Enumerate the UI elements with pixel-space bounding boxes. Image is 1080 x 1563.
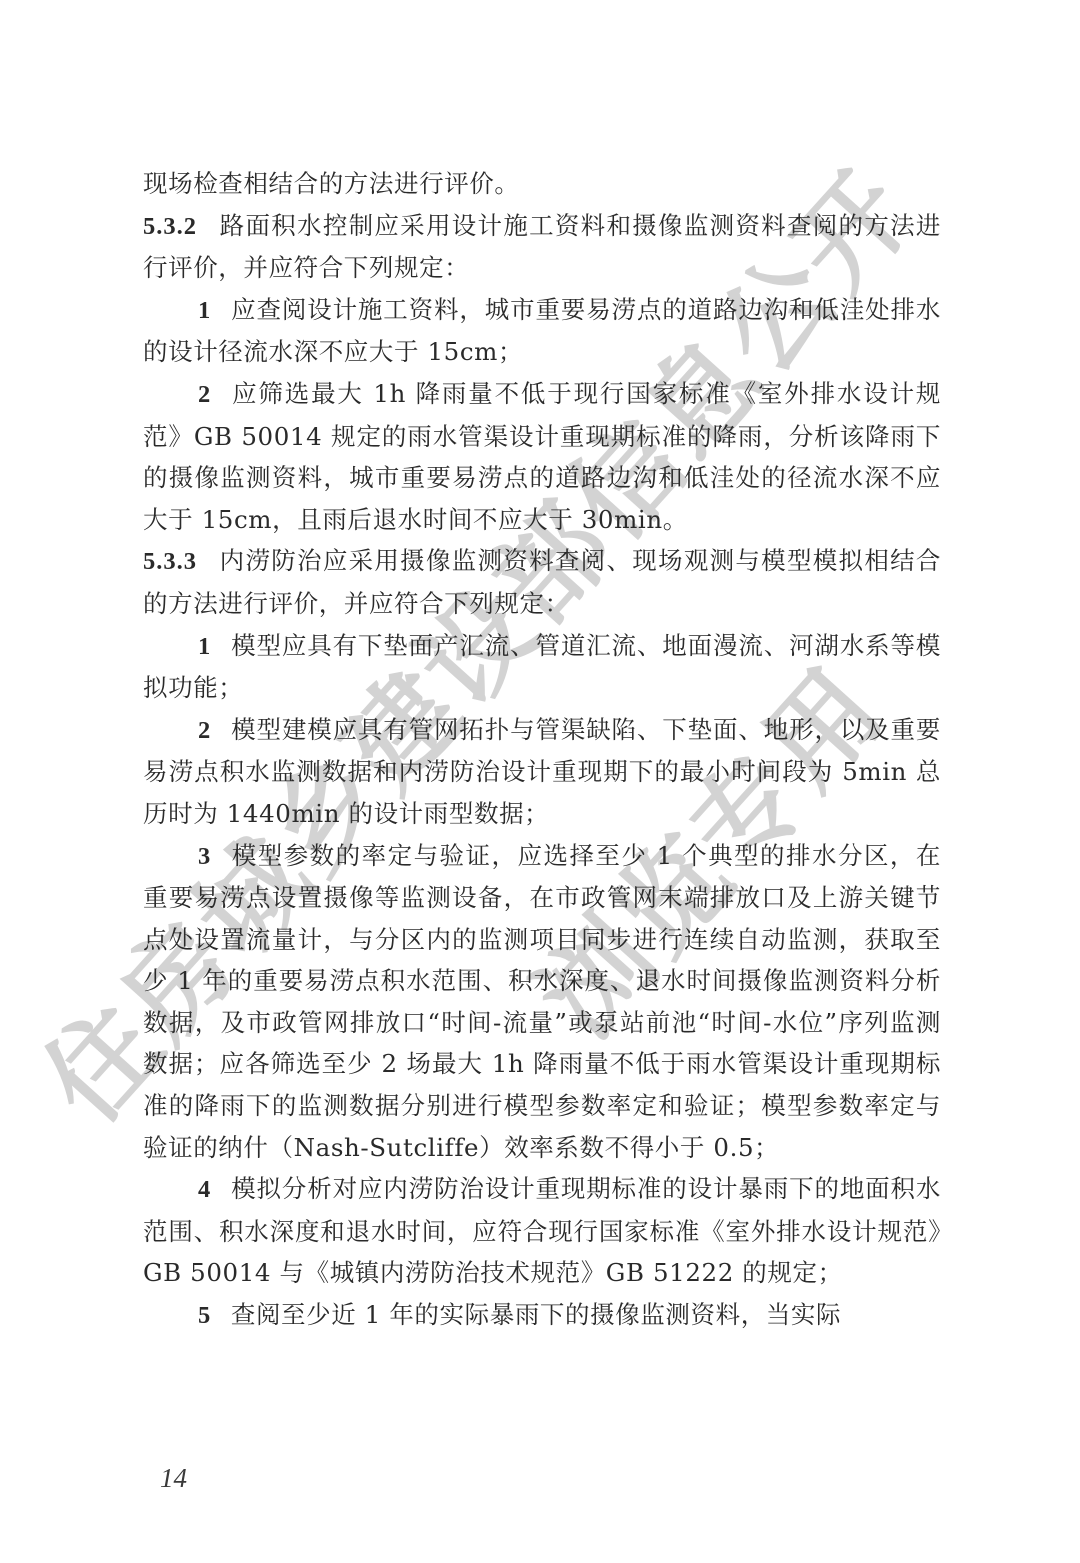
item-number: 3 bbox=[198, 843, 211, 870]
item-text: 模型建模应具有管网拓扑与管渠缺陷、下垫面、地形，以及重要易涝点积水监测数据和内涝… bbox=[143, 715, 941, 828]
list-item: 1应查阅设计施工资料，城市重要易涝点的道路边沟和低洼处排水的设计径流水深不应大于… bbox=[143, 289, 941, 373]
list-item: 5查阅至少近 1 年的实际暴雨下的摄像监测资料，当实际 bbox=[143, 1294, 941, 1337]
list-item: 2模型建模应具有管网拓扑与管渠缺陷、下垫面、地形，以及重要易涝点积水监测数据和内… bbox=[143, 709, 941, 835]
list-item: 4模拟分析对应内涝防治设计重现期标准的设计暴雨下的地面积水范围、积水深度和退水时… bbox=[143, 1168, 941, 1294]
item-number: 2 bbox=[198, 381, 211, 408]
clause-number: 5.3.3 bbox=[143, 548, 197, 575]
item-text: 应查阅设计施工资料，城市重要易涝点的道路边沟和低洼处排水的设计径流水深不应大于 … bbox=[143, 295, 941, 367]
item-number: 1 bbox=[198, 297, 211, 324]
item-text: 模型参数的率定与验证，应选择至少 1 个典型的排水分区，在重要易涝点设置摄像等监… bbox=[143, 841, 941, 1162]
item-number: 4 bbox=[198, 1176, 211, 1203]
clause-5-3-3: 5.3.3内涝防治应采用摄像监测资料查阅、现场观测与模型模拟相结合的方法进行评价… bbox=[143, 540, 941, 624]
paragraph-text: 现场检查相结合的方法进行评价。 bbox=[143, 169, 520, 198]
list-item: 2应筛选最大 1h 降雨量不低于现行国家标准《室外排水设计规范》GB 50014… bbox=[143, 373, 941, 540]
document-page: 住房城乡建设部信息公开 浏览专用 现场检查相结合的方法进行评价。 5.3.2路面… bbox=[0, 0, 1080, 1563]
list-item: 3模型参数的率定与验证，应选择至少 1 个典型的排水分区，在重要易涝点设置摄像等… bbox=[143, 835, 941, 1169]
item-text: 模型应具有下垫面产汇流、管道汇流、地面漫流、河湖水系等模拟功能； bbox=[143, 631, 941, 703]
item-number: 5 bbox=[198, 1302, 211, 1329]
item-text: 模拟分析对应内涝防治设计重现期标准的设计暴雨下的地面积水范围、积水深度和退水时间… bbox=[143, 1174, 941, 1287]
item-text: 应筛选最大 1h 降雨量不低于现行国家标准《室外排水设计规范》GB 50014 … bbox=[143, 379, 941, 534]
list-item: 1模型应具有下垫面产汇流、管道汇流、地面漫流、河湖水系等模拟功能； bbox=[143, 625, 941, 709]
page-number: 14 bbox=[160, 1463, 187, 1494]
item-number: 1 bbox=[198, 633, 211, 660]
item-number: 2 bbox=[198, 717, 211, 744]
clause-5-3-2: 5.3.2路面积水控制应采用设计施工资料和摄像监测资料查阅的方法进行评价，并应符… bbox=[143, 205, 941, 289]
clause-number: 5.3.2 bbox=[143, 213, 197, 240]
item-text: 查阅至少近 1 年的实际暴雨下的摄像监测资料，当实际 bbox=[231, 1300, 841, 1329]
clause-text: 内涝防治应采用摄像监测资料查阅、现场观测与模型模拟相结合的方法进行评价，并应符合… bbox=[143, 546, 941, 618]
paragraph-continuation: 现场检查相结合的方法进行评价。 bbox=[143, 163, 941, 205]
document-body: 现场检查相结合的方法进行评价。 5.3.2路面积水控制应采用设计施工资料和摄像监… bbox=[143, 163, 941, 1337]
clause-text: 路面积水控制应采用设计施工资料和摄像监测资料查阅的方法进行评价，并应符合下列规定… bbox=[143, 211, 941, 283]
